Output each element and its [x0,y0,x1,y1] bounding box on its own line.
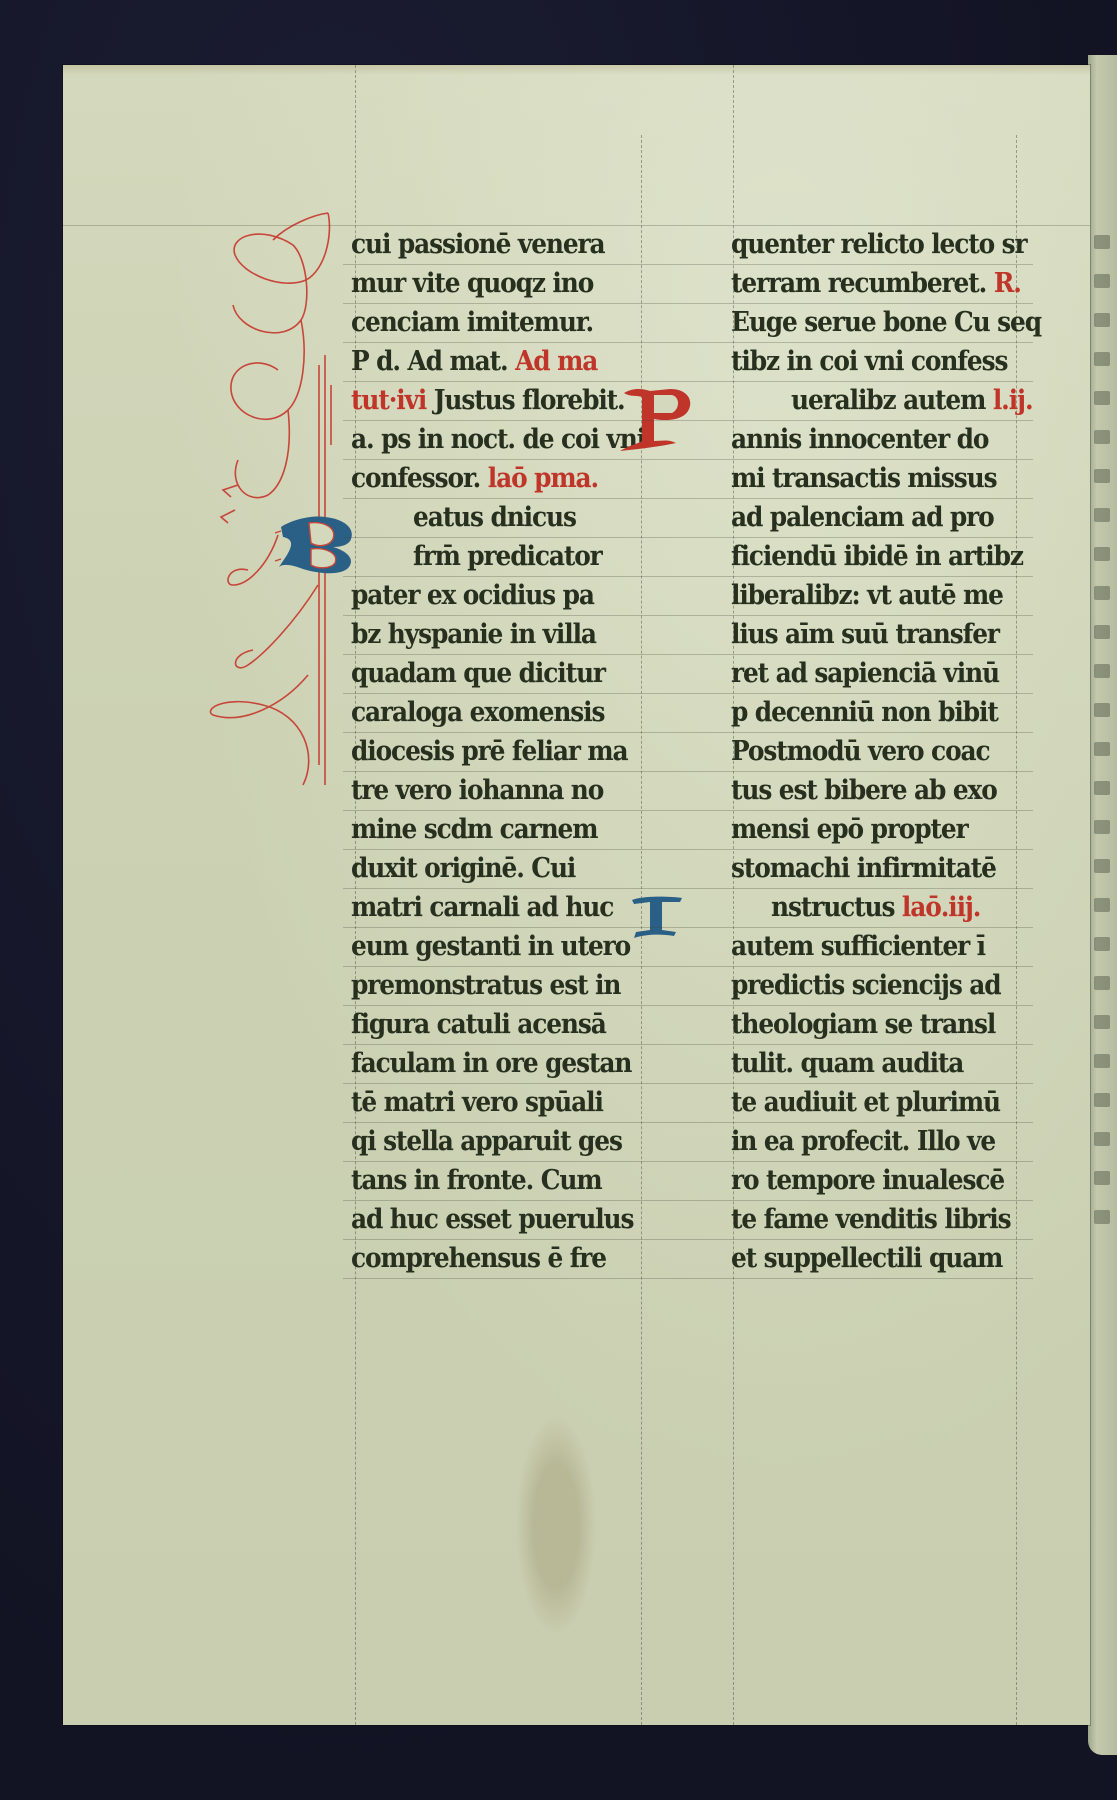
manuscript-line: theologiam se transl [731,1005,995,1044]
bleed-through-text [1094,508,1110,522]
line-text: premonstratus est in [351,970,620,1001]
rubric-text: Ad ma [508,346,598,377]
ruling-line-horizontal [343,693,1033,694]
ruling-line-horizontal [343,849,1033,850]
manuscript-line: eatus dnicus [413,498,576,537]
line-text: tē matri vero spūali [351,1087,603,1118]
line-text: eatus dnicus [413,502,576,533]
ruling-line-horizontal [343,303,1033,304]
manuscript-line: in ea profecit. Illo ve [731,1122,995,1161]
manuscript-line: lius aīm suū transfer [731,615,999,654]
line-text: P d. Ad mat. [351,346,508,377]
decorated-initial-b [273,497,353,569]
manuscript-line: mur vite quoqz ino [351,264,593,303]
line-text: te audiuit et plurimū [731,1087,1000,1118]
bleed-through-text [1094,703,1110,717]
line-text: annis innocenter do [731,424,988,455]
bleed-through-text [1094,274,1110,288]
line-text: faculam in ore gestan [351,1048,631,1079]
manuscript-line: tulit. quam audita [731,1044,963,1083]
line-text: qi stella apparuit ges [351,1126,622,1157]
line-text: tus est bibere ab exo [731,775,997,806]
manuscript-line: tibz in coi vni confess [731,342,1007,381]
manuscript-page: cui passionē veneramur vite quoqz inocen… [63,65,1090,1725]
ruling-line-horizontal [343,381,1033,382]
ruling-line-horizontal [343,459,1033,460]
rubric-text: R. [986,268,1021,299]
manuscript-line: Postmodū vero coac [731,732,990,771]
line-text: lius aīm suū transfer [731,619,999,650]
ruling-line-horizontal [343,927,1033,928]
manuscript-line: caraloga exomensis [351,693,604,732]
line-text: stomachi infirmitatē [731,853,996,884]
ruling-line-horizontal [343,576,1033,577]
ruling-line-horizontal [343,498,1033,499]
initial-p-icon [618,379,698,459]
line-text: ad huc esset puerulus [351,1204,633,1235]
ruling-line-horizontal [343,1122,1033,1123]
manuscript-line: cenciam imitemur. [351,303,593,342]
line-text: quadam que dicitur [351,658,605,689]
line-text: tulit. quam audita [731,1048,963,1079]
ruling-line-horizontal [343,537,1033,538]
line-text: cenciam imitemur. [351,307,593,338]
bleed-through-text [1094,1171,1110,1185]
manuscript-line: te fame venditis libris [731,1200,1010,1239]
line-text: ro tempore inualescē [731,1165,1004,1196]
manuscript-line: annis innocenter do [731,420,988,459]
manuscript-line: tē matri vero spūali [351,1083,603,1122]
bleed-through-text [1094,781,1110,795]
ruling-line-horizontal [343,810,1033,811]
manuscript-line: et suppellectili quam [731,1239,1002,1278]
manuscript-line: pater ex ocidius pa [351,576,594,615]
manuscript-line: matri carnali ad huc [351,888,613,927]
bleed-through-text [1094,586,1110,600]
ruling-line-horizontal [343,342,1033,343]
manuscript-line: cui passionē venera [351,225,605,264]
ruling-line-horizontal [343,1278,1033,1279]
manuscript-line: qi stella apparuit ges [351,1122,622,1161]
manuscript-line: premonstratus est in [351,966,620,1005]
line-text: frm̄ predicator [413,541,602,572]
ruling-line-horizontal [343,1044,1033,1045]
ruling-line-vertical [1016,135,1017,1725]
manuscript-line: tut·ivi Justus florebit. [351,381,625,420]
line-text: ueralibz autem [791,385,985,416]
line-text: liberalibz: vt autē me [731,580,1003,611]
manuscript-line: predictis sciencijs ad [731,966,1001,1005]
line-text: matri carnali ad huc [351,892,613,923]
manuscript-line: liberalibz: vt autē me [731,576,1003,615]
rubric-text: laō.iij. [894,892,980,923]
line-text: confessor. [351,463,480,494]
ruling-line-horizontal [343,654,1033,655]
rubric-text: tut·ivi [351,385,434,416]
manuscript-line: ro tempore inualescē [731,1161,1004,1200]
manuscript-line: mi transactis missus [731,459,996,498]
manuscript-line: eum gestanti in utero [351,927,630,966]
ruling-line-horizontal [343,420,1033,421]
decorated-initial-p [618,379,698,463]
manuscript-line: a. ps in noct. de coi vni [351,420,645,459]
line-text: pater ex ocidius pa [351,580,594,611]
manuscript-line: bz hyspanie in villa [351,615,596,654]
line-text: a. ps in noct. de coi vni [351,424,645,455]
initial-i-icon [628,892,688,942]
bleed-through-text [1094,1210,1110,1224]
manuscript-line: faculam in ore gestan [351,1044,631,1083]
line-text: predictis sciencijs ad [731,970,1001,1001]
manuscript-line: mine scdm carnem [351,810,597,849]
manuscript-line: p decenniū non bibit [731,693,998,732]
line-text: bz hyspanie in villa [351,619,596,650]
bleed-through-text [1094,1132,1110,1146]
bleed-through-text [1094,547,1110,561]
manuscript-line: quenter relicto lecto sr [731,225,1027,264]
line-text: diocesis prē feliar ma [351,736,628,767]
line-text: et suppellectili quam [731,1243,1002,1274]
bleed-through-text [1094,1054,1110,1068]
ruling-line-horizontal [343,966,1033,967]
line-text: mensi epō propter [731,814,968,845]
bleed-through-text [1094,898,1110,912]
line-text: mi transactis missus [731,463,996,494]
rubric-text: l.ij. [985,385,1032,416]
manuscript-line: P d. Ad mat. Ad ma [351,342,597,381]
line-text: tans in fronte. Cum [351,1165,602,1196]
line-text: autem sufficienter ī [731,931,985,962]
line-text: mur vite quoqz ino [351,268,593,299]
manuscript-line: tans in fronte. Cum [351,1161,602,1200]
line-text: figura catuli acensā [351,1009,606,1040]
manuscript-line: terram recumberet. R. [731,264,1021,303]
bleed-through-text [1094,625,1110,639]
ruling-line-horizontal [343,732,1033,733]
line-text: te fame venditis libris [731,1204,1010,1235]
line-text: comprehensus ē fre [351,1243,606,1274]
ruling-line-horizontal [343,1239,1033,1240]
manuscript-line: duxit originē. Cui [351,849,575,888]
line-text: tre vero iohanna no [351,775,603,806]
line-text: quenter relicto lecto sr [731,229,1027,260]
line-text: ad palenciam ad pro [731,502,994,533]
manuscript-line: ueralibz autem l.ij. [791,381,1033,420]
ruling-line-horizontal [343,615,1033,616]
line-text: eum gestanti in utero [351,931,630,962]
line-text: p decenniū non bibit [731,697,998,728]
manuscript-line: mensi epō propter [731,810,968,849]
decorated-initial-i [628,892,688,946]
manuscript-line: nstructus laō.iij. [771,888,980,927]
manuscript-line: quadam que dicitur [351,654,605,693]
red-penwork-flourish-icon [63,65,383,845]
ruling-line-horizontal [343,888,1033,889]
line-text: Justus florebit. [434,385,625,416]
manuscript-line: autem sufficienter ī [731,927,985,966]
ruling-line-horizontal [63,225,1090,226]
next-leaf-edge [1088,55,1117,1755]
bleed-through-text [1094,430,1110,444]
bleed-through-text [1094,976,1110,990]
line-text: cui passionē venera [351,229,605,260]
bleed-through-text [1094,664,1110,678]
manuscript-line: te audiuit et plurimū [731,1083,1000,1122]
bleed-through-text [1094,235,1110,249]
manuscript-line: tre vero iohanna no [351,771,603,810]
bleed-through-text [1094,1015,1110,1029]
manuscript-line: diocesis prē feliar ma [351,732,628,771]
initial-b-icon [273,497,363,575]
ruling-line-horizontal [343,1200,1033,1201]
line-text: ret ad sapienciā vinū [731,658,999,689]
line-text: Postmodū vero coac [731,736,990,767]
bleed-through-text [1094,1093,1110,1107]
line-text: tibz in coi vni confess [731,346,1007,377]
bleed-through-text [1094,313,1110,327]
bleed-through-text [1094,820,1110,834]
manuscript-line: stomachi infirmitatē [731,849,996,888]
line-text: theologiam se transl [731,1009,995,1040]
ruling-line-horizontal [343,771,1033,772]
bleed-through-text [1094,352,1110,366]
manuscript-line: ret ad sapienciā vinū [731,654,999,693]
line-text: Euge serue bone Cu seq [731,307,1041,338]
line-text: ficiendū ibidē in artibz [731,541,1023,572]
bleed-through-text [1094,859,1110,873]
manuscript-line: confessor. laō pma. [351,459,598,498]
bleed-through-text [1094,742,1110,756]
ruling-line-horizontal [343,1161,1033,1162]
manuscript-line: ficiendū ibidē in artibz [731,537,1023,576]
bleed-through-text [1094,391,1110,405]
bleed-through-text [1094,937,1110,951]
ruling-line-horizontal [343,1005,1033,1006]
line-text: nstructus [771,892,894,923]
manuscript-line: ad palenciam ad pro [731,498,994,537]
manuscript-line: frm̄ predicator [413,537,602,576]
line-text: in ea profecit. Illo ve [731,1126,995,1157]
line-text: caraloga exomensis [351,697,604,728]
line-text: duxit originē. Cui [351,853,575,884]
manuscript-line: Euge serue bone Cu seq [731,303,1041,342]
manuscript-line: ad huc esset puerulus [351,1200,633,1239]
manuscript-line: figura catuli acensā [351,1005,606,1044]
bleed-through-text [1094,469,1110,483]
line-text: mine scdm carnem [351,814,597,845]
ruling-line-horizontal [343,1083,1033,1084]
rubric-text: laō pma. [480,463,598,494]
line-text: terram recumberet. [731,268,986,299]
ruling-line-horizontal [343,264,1033,265]
manuscript-line: tus est bibere ab exo [731,771,997,810]
manuscript-line: comprehensus ē fre [351,1239,606,1278]
